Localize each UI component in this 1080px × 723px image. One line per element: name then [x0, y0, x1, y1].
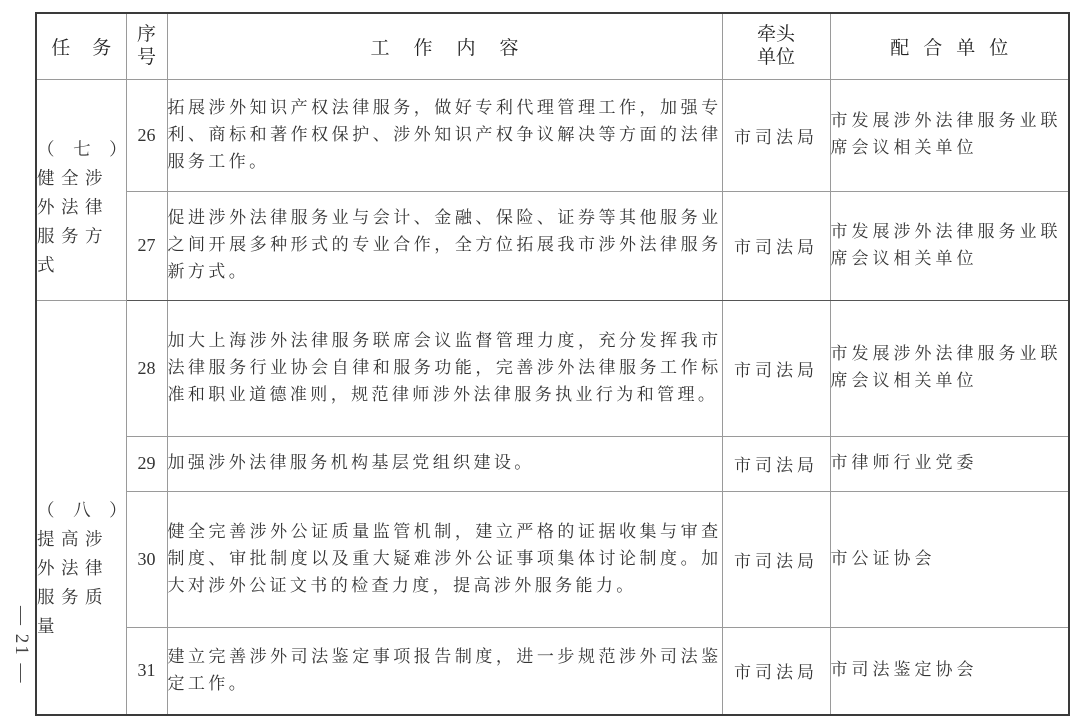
seq-cell: 29: [126, 436, 167, 491]
seq-cell: 28: [126, 300, 167, 436]
header-partner: 配合单位: [830, 13, 1069, 79]
seq-cell: 31: [126, 627, 167, 715]
task-table: 任务 序号 工作内容 牵头单位 配合单位 （ 七 ） 健全涉 外法律 服务方 式…: [35, 12, 1070, 716]
content-cell: 加大上海涉外法律服务联席会议监督管理力度，充分发挥我市法律服务行业协会自律和服务…: [167, 300, 722, 436]
header-lead: 牵头单位: [722, 13, 830, 79]
lead-cell: 市司法局: [722, 300, 830, 436]
content-cell: 促进涉外法律服务业与会计、金融、保险、证券等其他服务业之间开展多种形式的专业合作…: [167, 191, 722, 300]
partner-cell: 市司法鉴定协会: [830, 627, 1069, 715]
content-cell: 拓展涉外知识产权法律服务，做好专利代理管理工作，加强专利、商标和著作权保护、涉外…: [167, 79, 722, 191]
lead-cell: 市司法局: [722, 79, 830, 191]
header-row: 任务 序号 工作内容 牵头单位 配合单位: [36, 13, 1069, 79]
table-row: （ 七 ） 健全涉 外法律 服务方 式 26 拓展涉外知识产权法律服务，做好专利…: [36, 79, 1069, 191]
table-row: 31 建立完善涉外司法鉴定事项报告制度，进一步规范涉外司法鉴定工作。 市司法局 …: [36, 627, 1069, 715]
table-row: （ 八 ） 提高涉 外法律 服务质 量 28 加大上海涉外法律服务联席会议监督管…: [36, 300, 1069, 436]
header-task: 任务: [36, 13, 126, 79]
partner-cell: 市发展涉外法律服务业联席会议相关单位: [830, 191, 1069, 300]
seq-cell: 27: [126, 191, 167, 300]
table-row: 30 健全完善涉外公证质量监管机制，建立严格的证据收集与审查制度、审批制度以及重…: [36, 491, 1069, 627]
partner-cell: 市发展涉外法律服务业联席会议相关单位: [830, 300, 1069, 436]
lead-cell: 市司法局: [722, 436, 830, 491]
lead-cell: 市司法局: [722, 191, 830, 300]
partner-cell: 市律师行业党委: [830, 436, 1069, 491]
seq-cell: 26: [126, 79, 167, 191]
page-number: — 21 —: [6, 590, 36, 700]
table-row: 29 加强涉外法律服务机构基层党组织建设。 市司法局 市律师行业党委: [36, 436, 1069, 491]
task-cell: （ 八 ） 提高涉 外法律 服务质 量: [36, 300, 126, 715]
partner-cell: 市公证协会: [830, 491, 1069, 627]
header-content: 工作内容: [167, 13, 722, 79]
content-cell: 健全完善涉外公证质量监管机制，建立严格的证据收集与审查制度、审批制度以及重大疑难…: [167, 491, 722, 627]
lead-cell: 市司法局: [722, 627, 830, 715]
content-cell: 加强涉外法律服务机构基层党组织建设。: [167, 436, 722, 491]
content-cell: 建立完善涉外司法鉴定事项报告制度，进一步规范涉外司法鉴定工作。: [167, 627, 722, 715]
lead-cell: 市司法局: [722, 491, 830, 627]
task-cell: （ 七 ） 健全涉 外法律 服务方 式: [36, 79, 126, 300]
table-row: 27 促进涉外法律服务业与会计、金融、保险、证券等其他服务业之间开展多种形式的专…: [36, 191, 1069, 300]
partner-cell: 市发展涉外法律服务业联席会议相关单位: [830, 79, 1069, 191]
